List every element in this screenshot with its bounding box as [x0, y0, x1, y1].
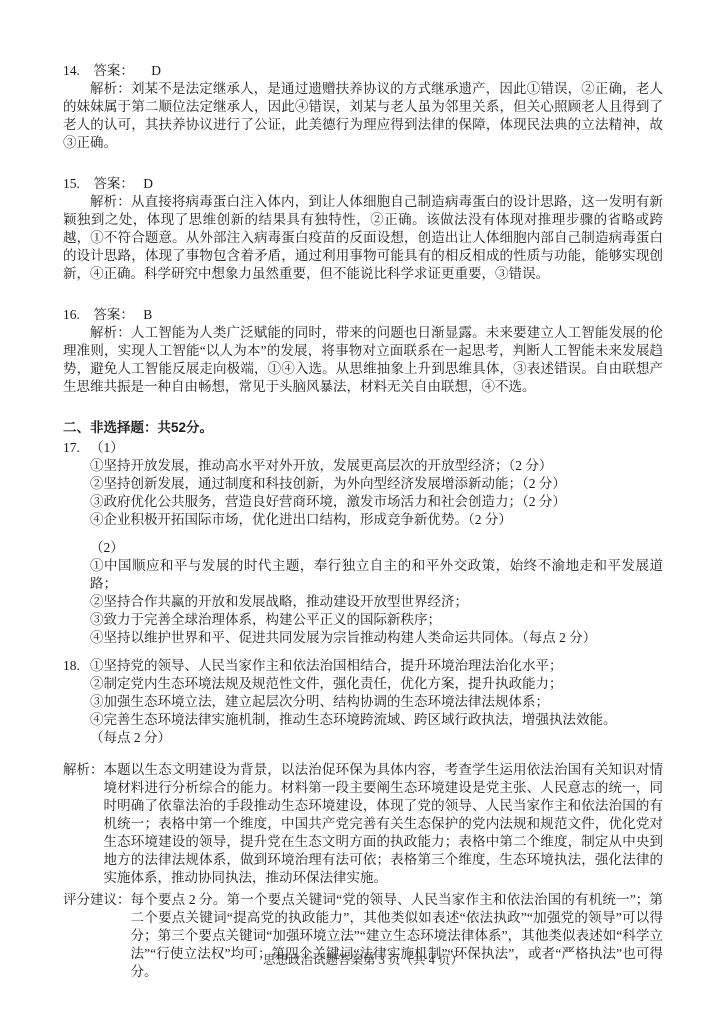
answer-point-item: ③致力于完善全球治理体系，构建公平正义的国际新秩序； — [90, 611, 663, 629]
question-number: 15. — [63, 175, 90, 193]
analysis-text: 人工智能为人类广泛赋能的同时，带来的问题也日渐显露。未来要建立人工智能发展的伦理… — [63, 325, 663, 394]
section-heading: 二、非选择题：共52分。 — [63, 419, 663, 437]
analysis-paragraph: 解析：人工智能为人类广泛赋能的同时，带来的问题也日渐显露。未来要建立人工智能发展… — [63, 324, 663, 396]
answer-value: D — [143, 176, 153, 191]
analysis-paragraph-18: 解析： 本题以生态文明建设为背景，以法治促环保为具体内容，考查学生运用依法治国有… — [63, 761, 663, 887]
answer-sheet-page: 14. 答案： D 解析：刘某不是法定继承人，是通过遗赠扶养协议的方式继承遗产，… — [0, 0, 720, 1019]
question-number: 16. — [63, 306, 90, 324]
answer-label: 答案： — [93, 307, 134, 322]
analysis-label: 解析： — [90, 194, 131, 209]
question-17: 17. （1） ①坚持开放发展，推动高水平对外开放，发展更高层次的开放型经济；（… — [63, 439, 663, 647]
mc-answer-block-14: 14. 答案： D 解析：刘某不是法定继承人，是通过遗赠扶养协议的方式继承遗产，… — [63, 62, 663, 152]
answer-line: 14. 答案： D — [63, 62, 663, 80]
page-footer: 思想政治试题答案第 3 页（共 4 页） — [63, 951, 663, 969]
answer-point-item: ②制定党内生态环境法规及规范性文件，强化责任，优化方案，提升执政能力； — [90, 675, 663, 693]
question-18-points: 18. ①坚持党的领导、人民当家作主和依法治国相结合，提升环境治理法治化水平； … — [63, 657, 663, 747]
answer-label: 答案： — [93, 176, 134, 191]
mc-answer-block-15: 15. 答案： D 解析：从直接将病毒蛋白注入体内，到让人体细胞自己制造病毒蛋白… — [63, 175, 663, 283]
answer-value: B — [143, 307, 152, 322]
answer-label: 答案： — [93, 63, 134, 78]
answer-point-item: ④企业积极开拓国际市场，优化进出口结构，形成竞争新优势。（2 分） — [90, 511, 663, 529]
analysis-text: 从直接将病毒蛋白注入体内，到让人体细胞自己制造病毒蛋白的设计思路，这一发明有新颖… — [63, 194, 663, 281]
question-number: 17. — [63, 439, 90, 647]
answer-point-item: ④坚持以维护世界和平、促进共同发展为宗旨推动构建人类命运共同体。（每点 2 分） — [90, 629, 663, 647]
analysis-text: 刘某不是法定继承人，是通过遗赠扶养协议的方式继承遗产，因此①错误，②正确，老人的… — [63, 81, 663, 150]
answer-line: 16. 答案： B — [63, 306, 663, 324]
question-17-content: （1） ①坚持开放发展，推动高水平对外开放，发展更高层次的开放型经济；（2 分）… — [90, 439, 663, 647]
analysis-label: 解析： — [90, 325, 131, 340]
analysis-paragraph: 解析：从直接将病毒蛋白注入体内，到让人体细胞自己制造病毒蛋白的设计思路，这一发明… — [63, 193, 663, 283]
analysis-paragraph: 解析：刘某不是法定继承人，是通过遗赠扶养协议的方式继承遗产，因此①错误，②正确，… — [63, 80, 663, 152]
answer-point-item: ③加强生态环境立法，建立起层次分明、结构协调的生态环境法律法规体系； — [90, 693, 663, 711]
part-2-label: （2） — [90, 539, 663, 557]
answer-point-item: ①坚持党的领导、人民当家作主和依法治国相结合，提升环境治理法治化水平； — [90, 657, 663, 675]
question-number: 14. — [63, 62, 90, 80]
answer-line: 15. 答案： D — [63, 175, 663, 193]
question-number: 18. — [63, 657, 90, 747]
mc-answer-block-16: 16. 答案： B 解析：人工智能为人类广泛赋能的同时，带来的问题也日渐显露。未… — [63, 306, 663, 396]
answer-point-item: ②坚持创新发展，通过制度和科技创新，为外向型经济发展增添新动能；（2 分） — [90, 475, 663, 493]
score-note: （每点 2 分） — [90, 729, 663, 747]
question-18-content: ①坚持党的领导、人民当家作主和依法治国相结合，提升环境治理法治化水平； ②制定党… — [90, 657, 663, 747]
analysis-label: 解析： — [90, 81, 131, 96]
analysis-text: 本题以生态文明建设为背景，以法治促环保为具体内容，考查学生运用依法治国有关知识对… — [104, 761, 664, 887]
answer-value: D — [151, 63, 161, 78]
answer-point-item: ③政府优化公共服务，营造良好营商环境，激发市场活力和社会创造力；（2 分） — [90, 493, 663, 511]
analysis-label: 解析： — [63, 761, 104, 887]
answer-point-item: ④完善生态环境法律实施机制，推动生态环境跨流域、跨区域行政执法，增强执法效能。 — [90, 711, 663, 729]
answer-point-item: ①中国顺应和平与发展的时代主题，奉行独立自主的和平外交政策，始终不渝地走和平发展… — [90, 557, 663, 593]
part-1-label: （1） — [90, 439, 663, 457]
question-18: 18. ①坚持党的领导、人民当家作主和依法治国相结合，提升环境治理法治化水平； … — [63, 657, 663, 981]
answer-point-item: ②坚持合作共赢的开放和发展战略，推动建设开放型世界经济； — [90, 593, 663, 611]
answer-point-item: ①坚持开放发展，推动高水平对外开放，发展更高层次的开放型经济；（2 分） — [90, 457, 663, 475]
